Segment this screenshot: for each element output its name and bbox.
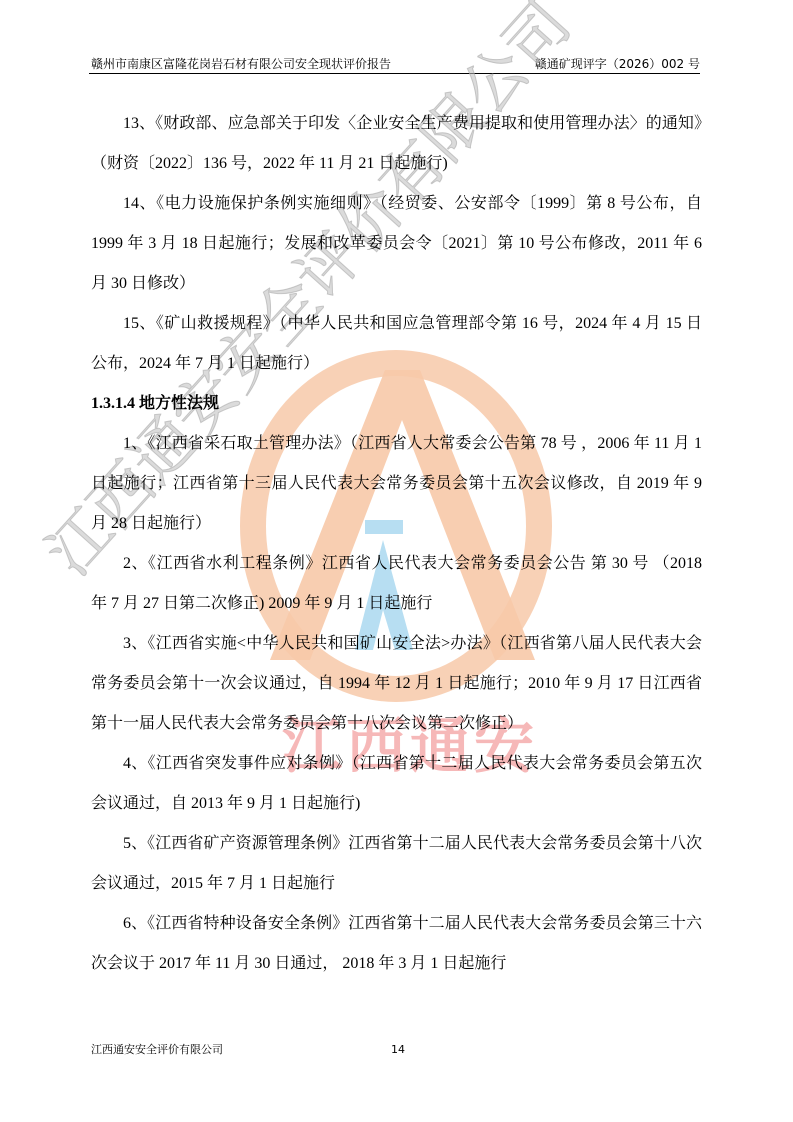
footer-company: 江西通安安全评价有限公司 <box>91 1043 223 1057</box>
local-regulation-item-4: 4、《江西省突发事件应对条例》（江西省第十二届人民代表大会常务委员会第五次会议通… <box>91 744 702 824</box>
regulation-item-13: 13、《财政部、应急部关于印发〈企业安全生产费用提取和使用管理办法〉的通知》（财… <box>91 104 702 184</box>
section-heading: 1.3.1.4 地方性法规 <box>91 384 702 424</box>
local-regulation-item-1: 1、《江西省采石取土管理办法》（江西省人大常委会公告第 78 号 ，2006 年… <box>91 424 702 544</box>
regulation-item-14: 14、《电力设施保护条例实施细则》（经贸委、公安部令〔1999〕第 8 号公布，… <box>91 184 702 304</box>
page-number: 14 <box>391 1043 405 1057</box>
document-body: 13、《财政部、应急部关于印发〈企业安全生产费用提取和使用管理办法〉的通知》（财… <box>91 104 702 984</box>
local-regulation-item-2: 2、《江西省水利工程条例》江西省人民代表大会常务委员会公告 第 30 号 （20… <box>91 544 702 624</box>
document-number: 赣通矿现评字（2026）002 号 <box>535 56 700 72</box>
page-header: 赣州市南康区富隆花岗岩石材有限公司安全现状评价报告 赣通矿现评字（2026）00… <box>89 55 700 74</box>
local-regulation-item-3: 3、《江西省实施<中华人民共和国矿山安全法>办法》（江西省第八届人民代表大会常务… <box>91 624 702 744</box>
local-regulation-item-5: 5、《江西省矿产资源管理条例》江西省第十二届人民代表大会常务委员会第十八次会议通… <box>91 824 702 904</box>
local-regulation-item-6: 6、《江西省特种设备安全条例》江西省第十二届人民代表大会常务委员会第三十六次会议… <box>91 904 702 984</box>
regulation-item-15: 15、《矿山救援规程》（中华人民共和国应急管理部令第 16 号，2024 年 4… <box>91 304 702 384</box>
report-title: 赣州市南康区富隆花岗岩石材有限公司安全现状评价报告 <box>91 56 391 72</box>
